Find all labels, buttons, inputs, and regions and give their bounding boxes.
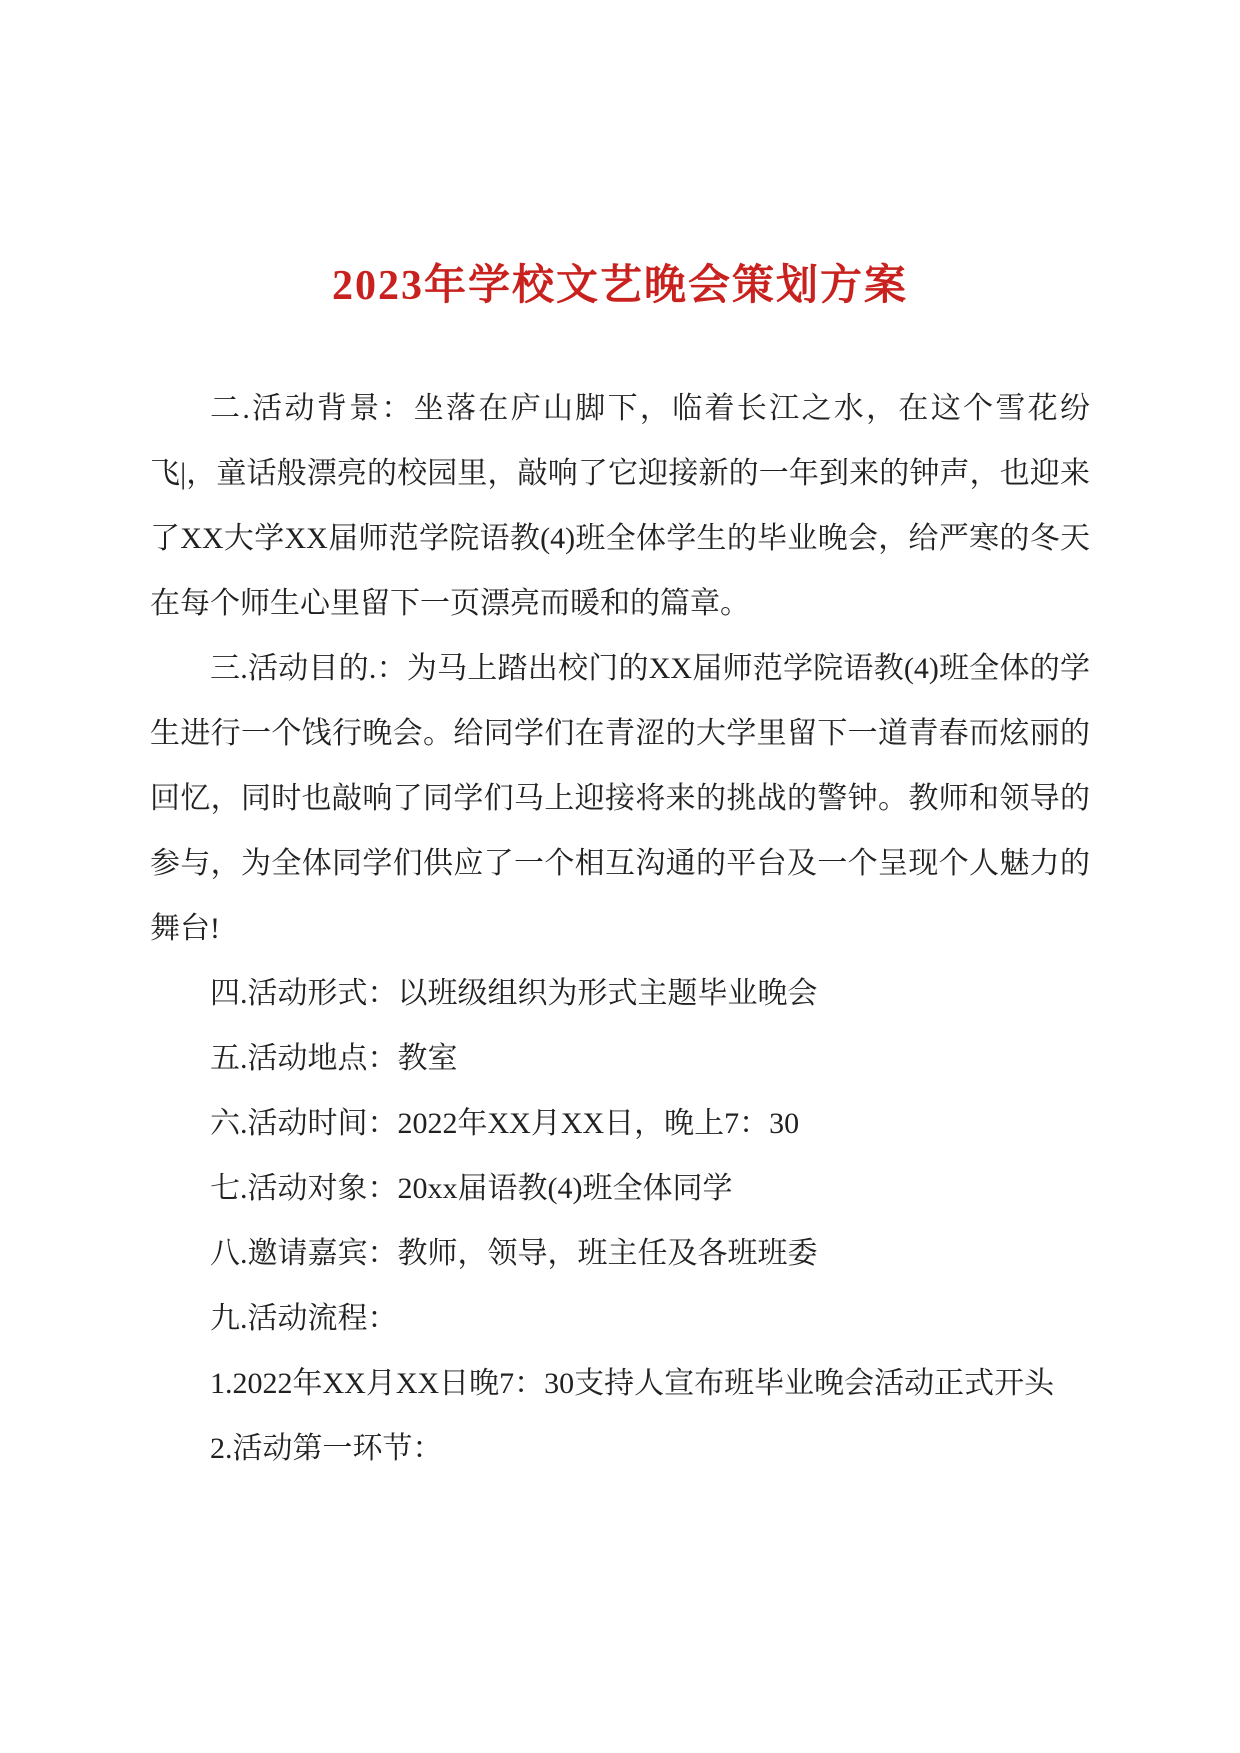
paragraph-activity-purpose: 三.活动目的.：为马上踏出校门的XX届师范学院语教(4)班全体的学生进行一个饯行…	[150, 636, 1090, 961]
paragraph-invited-guests: 八.邀请嘉宾：教师，领导，班主任及各班班委	[150, 1221, 1090, 1286]
paragraph-activity-time: 六.活动时间：2022年XX月XX日，晚上7：30	[150, 1091, 1090, 1156]
document-content: 二.活动背景：坐落在庐山脚下，临着长江之水，在这个雪花纷飞|，童话般漂亮的校园里…	[150, 376, 1090, 1481]
paragraph-activity-background: 二.活动背景：坐落在庐山脚下，临着长江之水，在这个雪花纷飞|，童话般漂亮的校园里…	[150, 376, 1090, 636]
paragraph-activity-format: 四.活动形式：以班级组织为形式主题毕业晚会	[150, 961, 1090, 1026]
paragraph-activity-audience: 七.活动对象：20xx届语教(4)班全体同学	[150, 1156, 1090, 1221]
document-page: 2023年学校文艺晚会策划方案 二.活动背景：坐落在庐山脚下，临着长江之水，在这…	[0, 0, 1240, 1753]
paragraph-activity-process-heading: 九.活动流程：	[150, 1286, 1090, 1351]
paragraph-activity-location: 五.活动地点：教室	[150, 1026, 1090, 1091]
paragraph-process-step-1: 1.2022年XX月XX日晚7：30支持人宣布班毕业晚会活动正式开头	[150, 1351, 1090, 1416]
document-title: 2023年学校文艺晚会策划方案	[150, 262, 1090, 310]
paragraph-process-step-2: 2.活动第一环节：	[150, 1416, 1090, 1481]
